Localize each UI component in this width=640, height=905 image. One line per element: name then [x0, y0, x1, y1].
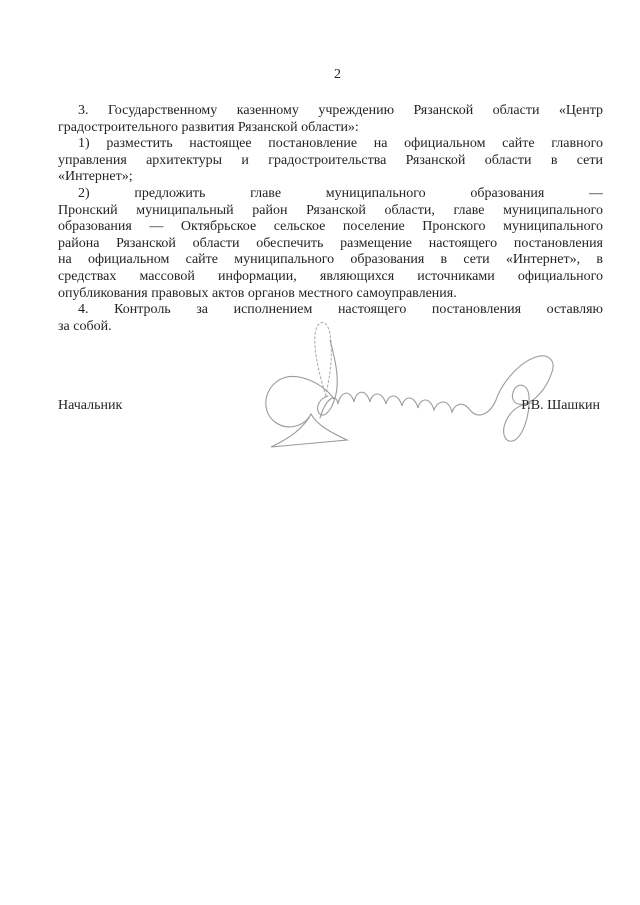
text-line: опубликования правовых актов органов мес… [58, 286, 603, 303]
text-line: на официальном сайте муниципального обра… [58, 252, 603, 269]
document-body: 3. Государственному казенному учреждению… [58, 103, 603, 335]
text-line: «Интернет»; [58, 169, 603, 186]
text-line: градостроительного развития Рязанской об… [58, 120, 603, 137]
text-line: Пронский муниципальный район Рязанской о… [58, 203, 603, 220]
page-number: 2 [58, 67, 603, 83]
text-line: управления архитектуры и градостроительс… [58, 153, 603, 170]
position-title: Начальник [58, 397, 122, 414]
signatory-name: Р.В. Шашкин [521, 397, 600, 414]
paragraph-item-3-sub-2: 2) предложить главе муниципального образ… [58, 186, 603, 302]
paragraph-item-3: 3. Государственному казенному учреждению… [58, 103, 603, 136]
text-line: образования — Октябрьское сельское посел… [58, 219, 603, 236]
text-line: 1) разместить настоящее постановление на… [58, 136, 603, 153]
text-line: 3. Государственному казенному учреждению… [58, 103, 603, 120]
text-line: 2) предложить главе муниципального образ… [58, 186, 603, 203]
signature-row: Начальник Р.В. Шашкин [58, 397, 600, 414]
text-line: средствах массовой информации, являющихс… [58, 269, 603, 286]
text-line: района Рязанской области обеспечить разм… [58, 236, 603, 253]
document-page: 2 3. Государственному казенному учрежден… [0, 0, 640, 905]
paragraph-item-3-sub-1: 1) разместить настоящее постановление на… [58, 136, 603, 186]
handwritten-signature [250, 305, 570, 455]
